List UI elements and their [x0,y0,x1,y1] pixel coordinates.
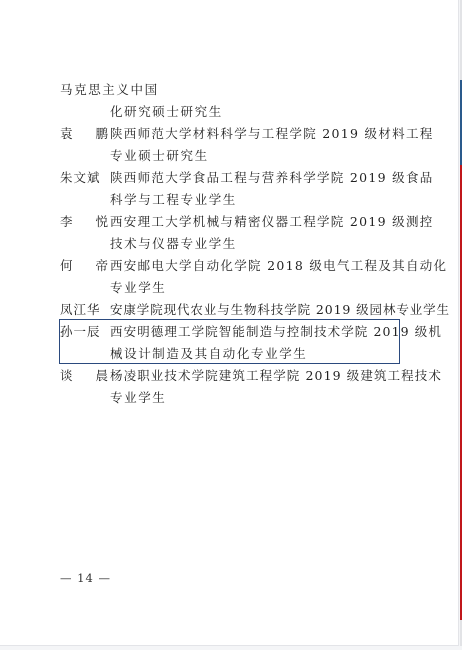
document-page: 马克思主义中国 化研究硕士研究生 袁 鹏 陕西师范大学材料科学与工程学院 201… [0,0,459,646]
list-item: 袁 鹏 陕西师范大学材料科学与工程学院 2019 级材料工程 专业硕士研究生 [60,123,400,167]
affiliation-line-1: 杨凌职业技术学院建筑工程学院 2019 级建筑工程技术 [60,365,400,387]
affiliation-line-2: 械设计制造及其自动化专业学生 [60,343,400,365]
heading-line-1: 马克思主义中国 [60,79,400,101]
affiliation-line-2: 专业学生 [60,277,400,299]
list-item: 凤江华 安康学院现代农业与生物科技学院 2019 级园林专业学生 [60,299,400,321]
affiliation-line-2: 技术与仪器专业学生 [60,233,400,255]
affiliation-line-1: 安康学院现代农业与生物科技学院 2019 级园林专业学生 [60,299,400,321]
list-item: 李 悦 西安理工大学机械与精密仪器工程学院 2019 级测控 技术与仪器专业学生 [60,211,400,255]
affiliation-line-2: 专业学生 [60,387,400,409]
affiliation-line-1: 西安明德理工学院智能制造与控制技术学院 2019 级机 [60,321,400,343]
affiliation-line-1: 陕西师范大学食品工程与营养科学学院 2019 级食品 [60,167,400,189]
list-item: 谈 晨 杨凌职业技术学院建筑工程学院 2019 级建筑工程技术 专业学生 [60,365,400,409]
page-number: — 14 — [60,571,111,585]
list-item: 何 帝 西安邮电大学自动化学院 2018 级电气工程及其自动化 专业学生 [60,255,400,299]
affiliation-line-2: 科学与工程专业学生 [60,189,400,211]
name-list: 马克思主义中国 化研究硕士研究生 袁 鹏 陕西师范大学材料科学与工程学院 201… [60,79,400,409]
heading-line-2: 化研究硕士研究生 [60,101,400,123]
affiliation-line-2: 专业硕士研究生 [60,145,400,167]
list-item-highlighted[interactable]: 孙一辰 西安明德理工学院智能制造与控制技术学院 2019 级机 械设计制造及其自… [60,321,400,365]
affiliation-line-1: 陕西师范大学材料科学与工程学院 2019 级材料工程 [60,123,400,145]
affiliation-line-1: 西安理工大学机械与精密仪器工程学院 2019 级测控 [60,211,400,233]
affiliation-line-1: 西安邮电大学自动化学院 2018 级电气工程及其自动化 [60,255,400,277]
list-item: 朱文斌 陕西师范大学食品工程与营养科学学院 2019 级食品 科学与工程专业学生 [60,167,400,211]
